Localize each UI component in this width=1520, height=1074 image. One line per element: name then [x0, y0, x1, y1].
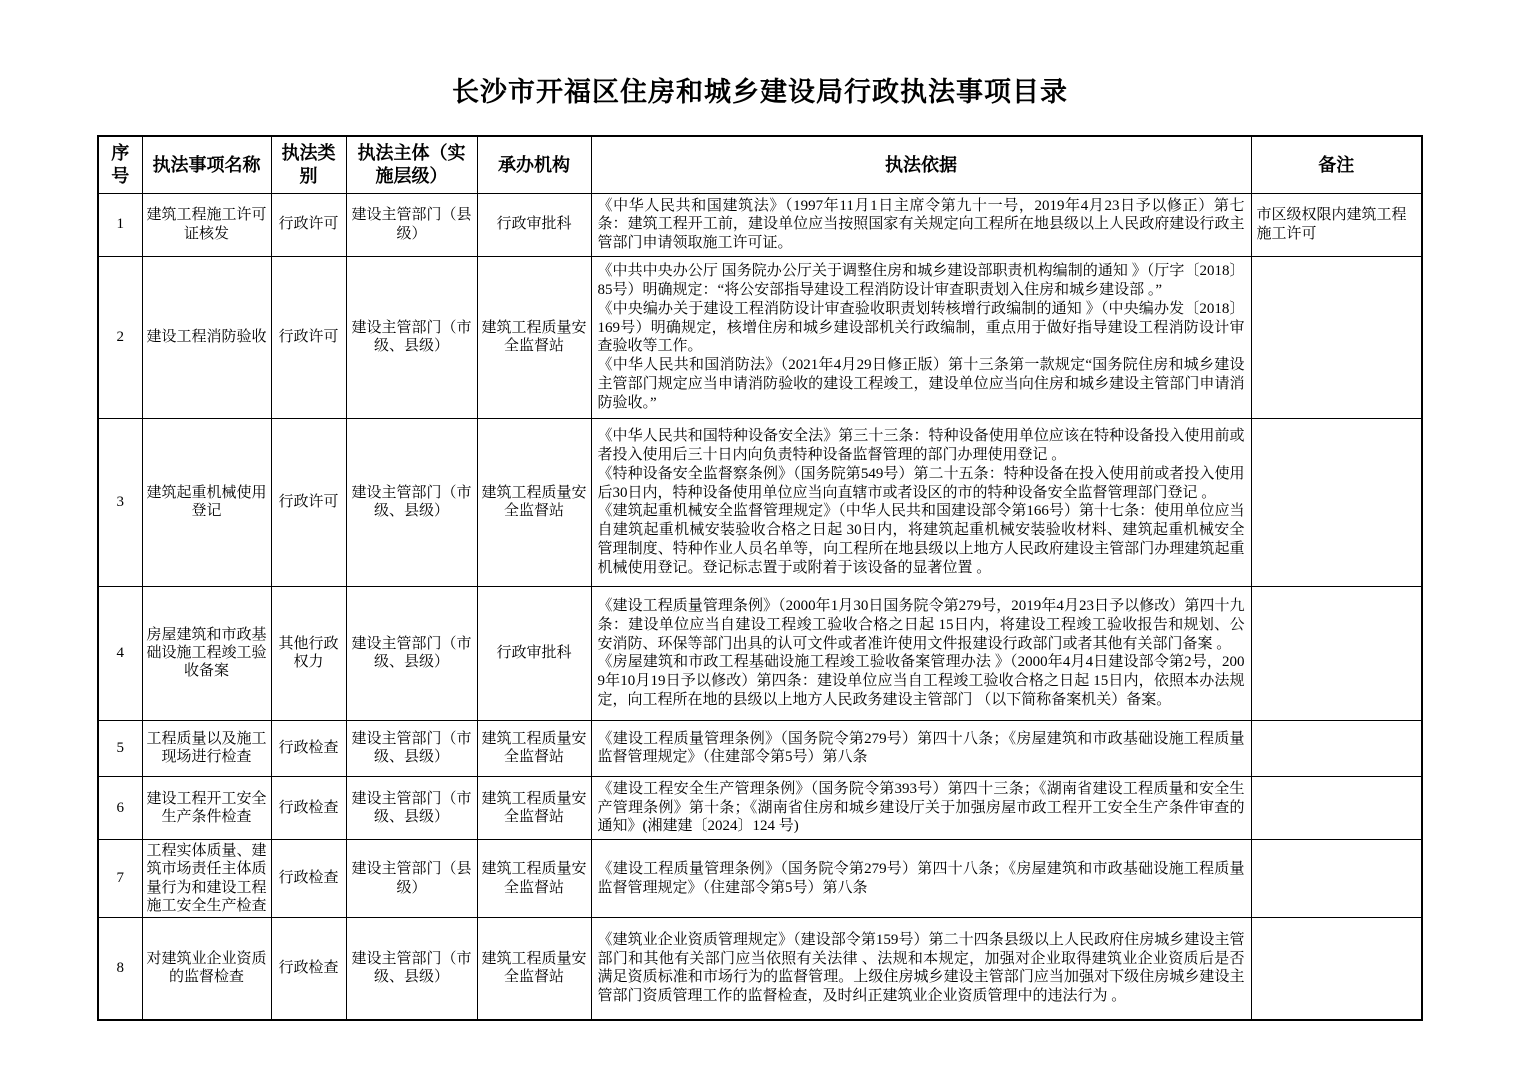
page-title: 长沙市开福区住房和城乡建设局行政执法事项目录: [0, 70, 1520, 109]
cell-agency: 建筑工程质量安全监督站: [477, 840, 591, 918]
cell-remark: 市区级权限内建筑工程施工许可: [1251, 193, 1422, 256]
cell-serial-number: 8: [98, 918, 142, 1020]
cell-category: 行政检查: [271, 840, 346, 918]
cell-legal-basis: 《中共中央办公厅 国务院办公厅关于调整住房和城乡建设部职责机构编制的通知 》（厅…: [591, 256, 1251, 418]
cell-agency: 建筑工程质量安全监督站: [477, 776, 591, 839]
cell-legal-basis: 《建筑业企业资质管理规定》（建设部令第159号）第二十四条县级以上人民政府住房城…: [591, 918, 1251, 1020]
cell-item-name: 建筑起重机械使用登记: [142, 418, 271, 586]
header-category: 执法类 别: [271, 136, 346, 193]
header-remark: 备注: [1251, 136, 1422, 193]
cell-serial-number: 4: [98, 586, 142, 720]
cell-serial-number: 7: [98, 840, 142, 918]
enforcement-items-table: 序号 执法事项名称 执法类 别 执法主体（实施层级） 承办机构 执法依据 备注 …: [97, 135, 1423, 1021]
cell-serial-number: 2: [98, 256, 142, 418]
cell-category: 行政许可: [271, 418, 346, 586]
cell-agency: 建筑工程质量安全监督站: [477, 418, 591, 586]
table-row: 5 工程质量以及施工现场进行检查 行政检查 建设主管部门（市级、县级） 建筑工程…: [98, 720, 1422, 776]
header-serial-number: 序号: [98, 136, 142, 193]
cell-agency: 建筑工程质量安全监督站: [477, 720, 591, 776]
cell-subject: 建设主管部门（县级）: [346, 840, 477, 918]
cell-subject: 建设主管部门（市级、县级）: [346, 720, 477, 776]
cell-item-name: 工程实体质量、建筑市场责任主体质量行为和建设工程施工安全生产检查: [142, 840, 271, 918]
cell-remark: [1251, 776, 1422, 839]
cell-category: 行政检查: [271, 720, 346, 776]
cell-item-name: 建筑工程施工许可证核发: [142, 193, 271, 256]
cell-legal-basis: 《中华人民共和国特种设备安全法》第三十三条：特种设备使用单位应该在特种设备投入使…: [591, 418, 1251, 586]
cell-category: 行政检查: [271, 776, 346, 839]
header-subject: 执法主体（实施层级）: [346, 136, 477, 193]
cell-legal-basis: 《建设工程安全生产管理条例》（国务院令第393号）第四十三条；《湖南省建设工程质…: [591, 776, 1251, 839]
cell-subject: 建设主管部门（市级、县级）: [346, 418, 477, 586]
cell-legal-basis: 《中华人民共和国建筑法》（1997年11月1日主席令第九十一号，2019年4月2…: [591, 193, 1251, 256]
table-row: 4 房屋建筑和市政基础设施工程竣工验收备案 其他行政权力 建设主管部门（市级、县…: [98, 586, 1422, 720]
cell-category: 其他行政权力: [271, 586, 346, 720]
cell-item-name: 建设工程开工安全生产条件检查: [142, 776, 271, 839]
document-page: 长沙市开福区住房和城乡建设局行政执法事项目录 序号 执法事项名称 执法类 别 执…: [0, 0, 1520, 1074]
header-legal-basis: 执法依据: [591, 136, 1251, 193]
table-row: 7 工程实体质量、建筑市场责任主体质量行为和建设工程施工安全生产检查 行政检查 …: [98, 840, 1422, 918]
cell-category: 行政许可: [271, 256, 346, 418]
header-agency: 承办机构: [477, 136, 591, 193]
cell-subject: 建设主管部门（市级、县级）: [346, 776, 477, 839]
table-header: 序号 执法事项名称 执法类 别 执法主体（实施层级） 承办机构 执法依据 备注: [98, 136, 1422, 193]
cell-legal-basis: 《建设工程质量管理条例》（2000年1月30日国务院令第279号，2019年4月…: [591, 586, 1251, 720]
cell-remark: [1251, 256, 1422, 418]
table-row: 6 建设工程开工安全生产条件检查 行政检查 建设主管部门（市级、县级） 建筑工程…: [98, 776, 1422, 839]
cell-agency: 行政审批科: [477, 193, 591, 256]
cell-remark: [1251, 918, 1422, 1020]
header-row: 序号 执法事项名称 执法类 别 执法主体（实施层级） 承办机构 执法依据 备注: [98, 136, 1422, 193]
cell-category: 行政许可: [271, 193, 346, 256]
cell-item-name: 建设工程消防验收: [142, 256, 271, 418]
cell-agency: 建筑工程质量安全监督站: [477, 918, 591, 1020]
table-row: 2 建设工程消防验收 行政许可 建设主管部门（市级、县级） 建筑工程质量安全监督…: [98, 256, 1422, 418]
cell-agency: 建筑工程质量安全监督站: [477, 256, 591, 418]
cell-serial-number: 1: [98, 193, 142, 256]
cell-agency: 行政审批科: [477, 586, 591, 720]
table-body: 1 建筑工程施工许可证核发 行政许可 建设主管部门（县级） 行政审批科 《中华人…: [98, 193, 1422, 1020]
table-row: 3 建筑起重机械使用登记 行政许可 建设主管部门（市级、县级） 建筑工程质量安全…: [98, 418, 1422, 586]
cell-remark: [1251, 840, 1422, 918]
header-item-name: 执法事项名称: [142, 136, 271, 193]
cell-remark: [1251, 586, 1422, 720]
cell-serial-number: 5: [98, 720, 142, 776]
cell-subject: 建设主管部门（市级、县级）: [346, 586, 477, 720]
cell-category: 行政检查: [271, 918, 346, 1020]
cell-legal-basis: 《建设工程质量管理条例》（国务院令第279号）第四十八条；《房屋建筑和市政基础设…: [591, 720, 1251, 776]
cell-item-name: 工程质量以及施工现场进行检查: [142, 720, 271, 776]
cell-remark: [1251, 418, 1422, 586]
cell-item-name: 对建筑业企业资质的监督检查: [142, 918, 271, 1020]
table-row: 8 对建筑业企业资质的监督检查 行政检查 建设主管部门（市级、县级） 建筑工程质…: [98, 918, 1422, 1020]
cell-subject: 建设主管部门（市级、县级）: [346, 256, 477, 418]
cell-subject: 建设主管部门（市级、县级）: [346, 918, 477, 1020]
cell-subject: 建设主管部门（县级）: [346, 193, 477, 256]
cell-remark: [1251, 720, 1422, 776]
cell-legal-basis: 《建设工程质量管理条例》（国务院令第279号）第四十八条；《房屋建筑和市政基础设…: [591, 840, 1251, 918]
cell-serial-number: 6: [98, 776, 142, 839]
cell-serial-number: 3: [98, 418, 142, 586]
cell-item-name: 房屋建筑和市政基础设施工程竣工验收备案: [142, 586, 271, 720]
table-row: 1 建筑工程施工许可证核发 行政许可 建设主管部门（县级） 行政审批科 《中华人…: [98, 193, 1422, 256]
